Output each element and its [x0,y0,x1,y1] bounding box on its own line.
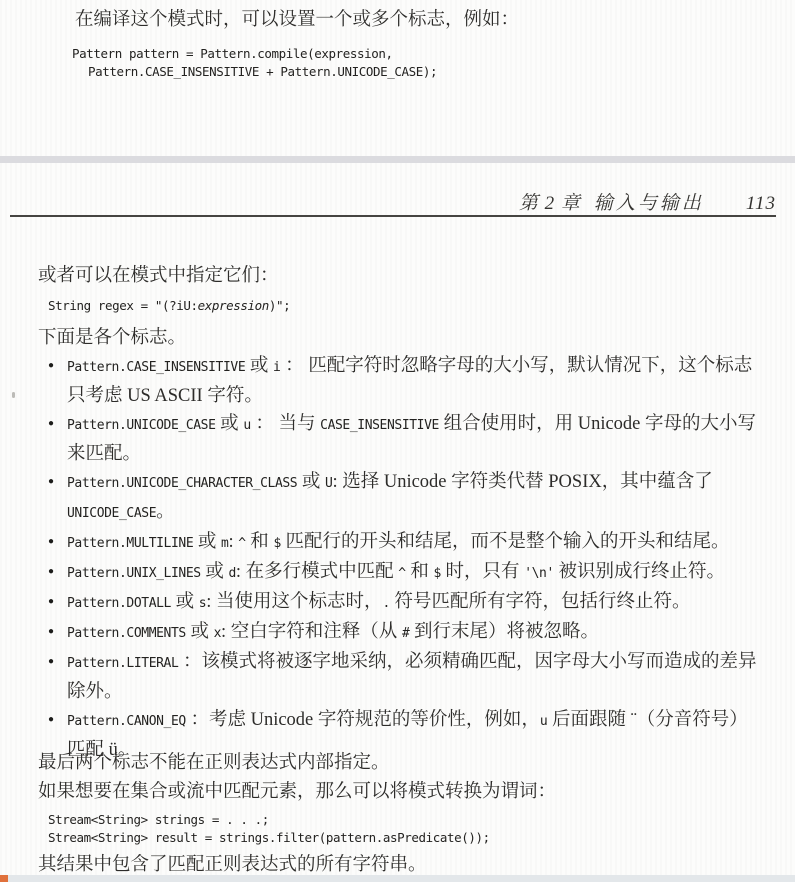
code-run: $ [433,566,440,581]
text-run: 或 [186,622,214,642]
code-run: u [243,418,250,433]
code-line: Stream<String> result = strings.filter(p… [48,829,490,847]
header-rule [10,215,776,217]
code-run: Pattern.MULTILINE [67,536,193,551]
flag-list-item: ●Pattern.CASE_INSENSITIVE 或 i ： 匹配字符时忽略字… [50,352,760,410]
page-number: 113 [746,193,776,214]
flag-list-item: ●Pattern.UNICODE_CHARACTER_CLASS 或 U: 选择… [50,468,760,528]
text-run: 符号匹配所有字符，包括行终止符。 [390,592,691,612]
paragraph-stream-intro: 如果想要在集合或流中匹配元素，那么可以将模式转换为谓词： [38,778,748,806]
text-run: : 选择 Unicode 字符类代替 POSIX，其中蕴含了 [332,472,712,492]
code-run: . [382,596,389,611]
footer-strip [8,875,795,882]
bullet-icon: ● [48,588,54,616]
paragraph-last-two-flags: 最后两个标志不能在正则表达式内部指定。 [38,749,738,777]
chapter-label: 第 2 章 [519,193,581,214]
code-run: Pattern.DOTALL [67,596,171,611]
text-run: 和 [246,532,274,552]
text-run: : [228,532,238,552]
bullet-icon: ● [48,352,54,380]
text-run: 或 [171,592,199,612]
scan-speck [12,392,15,398]
paragraph-specify-in-pattern: 或者可以在模式中指定它们： [38,262,738,290]
paragraph-flags-intro: 下面是各个标志。 [38,324,738,352]
code-run: UNICODE_CASE [67,506,156,521]
code-run: Pattern.UNIX_LINES [67,566,201,581]
code-run: Pattern.CANON_EQ [67,714,186,729]
bullet-icon: ● [48,648,54,676]
code-run: Pattern.UNICODE_CASE [67,418,216,433]
text-run: 或 [297,472,325,492]
code-run: ^ [398,566,405,581]
code-run: String regex = "(?iU: [48,298,198,313]
text-run: 或 [216,414,244,434]
text-run: : 空白字符和注释（从 [221,622,402,642]
text-run: ： 当与 [251,414,320,434]
page-separator-band [0,156,795,163]
flag-list-item: ●Pattern.COMMENTS 或 x: 空白字符和注释（从 # 到行末尾）… [50,618,760,648]
code-run: ^ [238,536,245,551]
text-run: : 在多行模式中匹配 [236,562,398,582]
flag-list-item: ●Pattern.DOTALL 或 s: 当使用这个标志时，. 符号匹配所有字符… [50,588,760,618]
bullet-icon: ● [48,706,54,734]
code-line: Stream<String> strings = . . .; [48,811,490,829]
text-run: 和 [406,562,434,582]
code-line-regex: String regex = "(?iU:expression)"; [48,297,290,315]
text-run: 时，只有 [441,562,524,582]
code-run: )"; [269,298,290,313]
book-page-scan: { "page_top": { "paragraph": "在编译这个模式时，可… [0,0,795,882]
code-run: x [214,626,221,641]
code-run: CASE_INSENSITIVE [320,418,439,433]
code-block-compile: Pattern pattern = Pattern.compile(expres… [72,45,437,81]
code-run: Pattern.UNICODE_CHARACTER_CLASS [67,476,297,491]
code-run: Pattern.COMMENTS [67,626,186,641]
flag-list-item: ●Pattern.UNIX_LINES 或 d: 在多行模式中匹配 ^ 和 $ … [50,558,760,588]
bullet-icon: ● [48,528,54,556]
paragraph-compile-intro: 在编译这个模式时，可以设置一个或多个标志，例如： [75,6,755,34]
flag-list-item: ●Pattern.MULTILINE 或 m: ^ 和 $ 匹配行的开头和结尾，… [50,528,760,558]
text-run: 到行末尾）将被忽略。 [409,622,599,642]
bullet-icon: ● [48,468,54,496]
flag-list: ●Pattern.CASE_INSENSITIVE 或 i ： 匹配字符时忽略字… [50,352,760,764]
text-run: 。 [156,502,175,522]
code-run: Pattern.CASE_INSENSITIVE [67,360,245,375]
code-run: Pattern.LITERAL [67,656,178,671]
text-run: 或 [193,532,221,552]
code-line: Pattern.CASE_INSENSITIVE + Pattern.UNICO… [72,63,437,81]
text-run: ：考虑 Unicode 字符规范的等价性，例如， [186,710,540,730]
flag-list-item: ●Pattern.UNICODE_CASE 或 u ： 当与 CASE_INSE… [50,410,760,468]
code-line: Pattern pattern = Pattern.compile(expres… [72,45,437,63]
flag-list-item: ●Pattern.LITERAL ：该模式将被逐字地采纳，必须精确匹配，因字母大… [50,648,760,706]
code-run: expression [198,298,269,313]
text-run: 被识别成行终止符。 [554,562,725,582]
footer-accent-square [0,875,8,882]
code-block-stream: Stream<String> strings = . . .; Stream<S… [48,811,490,847]
bullet-icon: ● [48,410,54,438]
text-run: 或 [245,356,273,376]
text-run: 匹配行的开头和结尾，而不是整个输入的开头和结尾。 [281,532,730,552]
running-header: 第 2 章输入与输出113 [519,188,776,215]
text-run: 或 [201,562,229,582]
code-run: d [228,566,235,581]
code-run: $ [273,536,280,551]
chapter-title: 输入与输出 [594,193,704,214]
text-run: : 当使用这个标志时， [206,592,382,612]
bullet-icon: ● [48,618,54,646]
bullet-icon: ● [48,558,54,586]
code-run: '\n' [524,566,554,581]
